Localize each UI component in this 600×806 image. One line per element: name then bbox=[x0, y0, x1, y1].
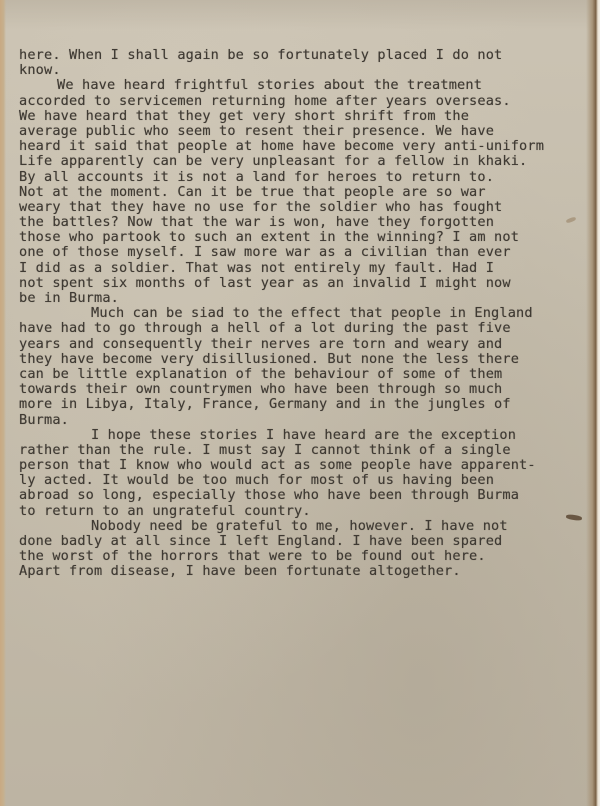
text-line: can be little explanation of the behavio… bbox=[19, 367, 599, 382]
text-line: I hope these stories I have heard are th… bbox=[19, 428, 599, 443]
text-line: Burma. bbox=[19, 413, 599, 428]
text-line: heard it said that people at home have b… bbox=[19, 139, 599, 154]
text-line: those who partook to such an extent in t… bbox=[19, 230, 599, 245]
text-line: We have heard frightful stories about th… bbox=[19, 78, 599, 93]
typewritten-body-text: here. When I shall again be so fortunate… bbox=[19, 48, 599, 580]
text-line: Apart from disease, I have been fortunat… bbox=[19, 564, 599, 579]
text-line: weary that they have no use for the sold… bbox=[19, 200, 599, 215]
text-line: person that I know who would act as some… bbox=[19, 458, 599, 473]
text-line: the battles? Now that the war is won, ha… bbox=[19, 215, 599, 230]
text-line: towards their own countrymen who have be… bbox=[19, 382, 599, 397]
paper-left-edge bbox=[0, 0, 6, 806]
text-line: We have heard that they get very short s… bbox=[19, 109, 599, 124]
text-line: By all accounts it is not a land for her… bbox=[19, 170, 599, 185]
text-line: one of those myself. I saw more war as a… bbox=[19, 245, 599, 260]
document-page: here. When I shall again be so fortunate… bbox=[0, 0, 600, 806]
text-line: average public who seem to resent their … bbox=[19, 124, 599, 139]
text-line: years and consequently their nerves are … bbox=[19, 337, 599, 352]
text-line: rather than the rule. I must say I canno… bbox=[19, 443, 599, 458]
text-line: more in Libya, Italy, France, Germany an… bbox=[19, 397, 599, 412]
text-line: Life apparently can be very unpleasant f… bbox=[19, 154, 599, 169]
text-line: Much can be siad to the effect that peop… bbox=[19, 306, 599, 321]
text-line: here. When I shall again be so fortunate… bbox=[19, 48, 599, 63]
text-line: not spent six months of last year as an … bbox=[19, 276, 599, 291]
text-line: abroad so long, especially those who hav… bbox=[19, 488, 599, 503]
text-line: the worst of the horrors that were to be… bbox=[19, 549, 599, 564]
text-line: have had to go through a hell of a lot d… bbox=[19, 321, 599, 336]
text-line: Nobody need be grateful to me, however. … bbox=[19, 519, 599, 534]
text-line: they have become very disillusioned. But… bbox=[19, 352, 599, 367]
text-line: I did as a soldier. That was not entirel… bbox=[19, 261, 599, 276]
text-line: to return to an ungrateful country. bbox=[19, 504, 599, 519]
text-line: be in Burma. bbox=[19, 291, 599, 306]
paper-top-shading bbox=[0, 0, 600, 30]
text-line: ly acted. It would be too much for most … bbox=[19, 473, 599, 488]
text-line: accorded to servicemen returning home af… bbox=[19, 94, 599, 109]
text-line: know. bbox=[19, 63, 599, 78]
text-line: Not at the moment. Can it be true that p… bbox=[19, 185, 599, 200]
text-line: done badly at all since I left England. … bbox=[19, 534, 599, 549]
